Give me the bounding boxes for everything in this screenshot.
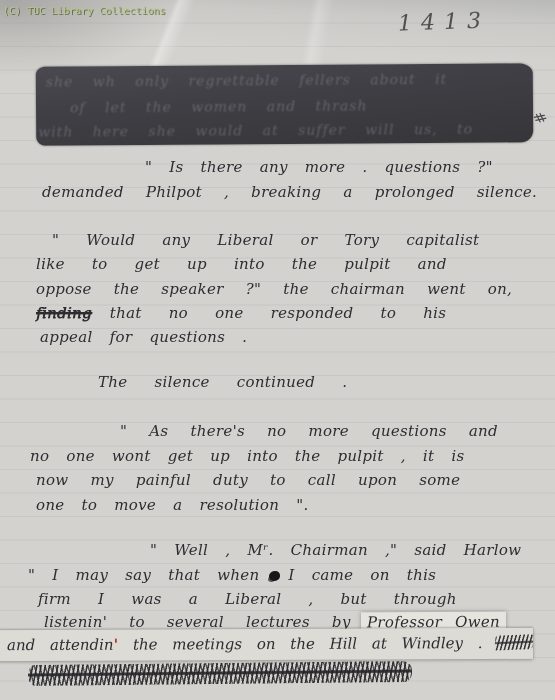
red-ink-apostrophe: ' [114, 636, 119, 654]
ghost-line: with here she would at suffer will us, t… [38, 122, 473, 141]
handwriting-line: " Would any Liberal or Tory capitalist [52, 230, 479, 250]
handwriting-line: The silence continued . [98, 372, 347, 392]
handwriting-line: demanded Philpot , breaking a prolonged … [42, 182, 537, 202]
handwriting-line: " Well , Mʳ. Chairman ," said Harlow [150, 540, 521, 560]
handwriting-text: that no one responded to his [110, 304, 447, 322]
handwriting-line: one to move a resolution ". [36, 495, 309, 515]
redaction-block: she wh only regrettable fellers about it… [36, 63, 534, 145]
crossed-word: finding [36, 304, 92, 322]
handwriting-line: like to get up into the pulpit and [36, 254, 447, 274]
handwriting-line: " As there's no more questions and [120, 421, 498, 441]
manuscript-page: (C) TUC Library Collections 1413 she wh … [0, 0, 555, 700]
handwriting-text: the meetings on the Hill at Windley . [133, 634, 483, 654]
handwriting-line: oppose the speaker ?" the chairman went … [36, 279, 512, 299]
handwriting-line: " I may say that whenI came on this [28, 565, 436, 585]
page-number: 1413 [398, 8, 491, 36]
scribble-mark [494, 634, 534, 650]
handwriting-line: appeal for questions . [40, 327, 247, 347]
handwriting-text: and attendin [7, 636, 114, 654]
handwriting-line: no one wont get up into the pulpit , it … [30, 446, 465, 466]
copyright-watermark: (C) TUC Library Collections [3, 6, 166, 17]
ink-blot [269, 571, 280, 581]
handwriting-line: " Is there any more . questions ?" [145, 157, 493, 177]
ghost-line: of let the women and thrash [70, 98, 367, 116]
handwriting-line: now my painful duty to call upon some [36, 470, 460, 490]
handwriting-text: I came on this [288, 566, 436, 584]
ghost-line: she wh only regrettable fellers about it [46, 72, 447, 91]
pasted-paper-strip: and attendin' the meetings on the Hill a… [0, 628, 533, 661]
handwriting-line: findingthat no one responded to his [36, 303, 446, 323]
handwriting-text: " I may say that when [28, 566, 259, 584]
handwriting-line: firm I was a Liberal , but through [38, 589, 457, 609]
crossed-out-line [28, 661, 412, 686]
